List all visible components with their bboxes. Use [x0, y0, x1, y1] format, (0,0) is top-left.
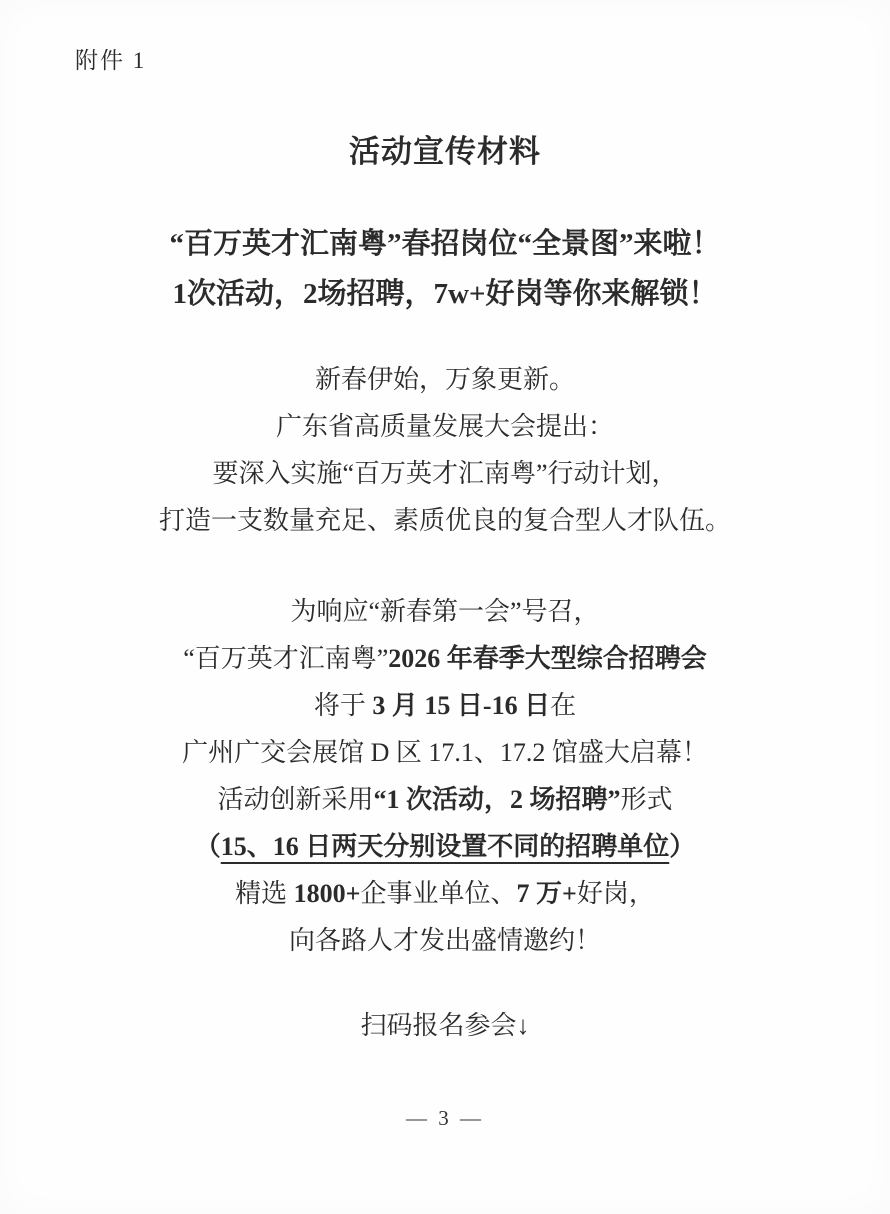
- text-line: 将于 3 月 15 日-16 日在: [0, 682, 890, 729]
- text-line: 广东省高质量发展大会提出：: [0, 403, 890, 450]
- text-line: 为响应“新春第一会”号召，: [0, 588, 890, 635]
- headline: “百万英才汇南粤”春招岗位“全景图”来啦！1次活动，2场招聘，7w+好岗等你来解…: [0, 219, 890, 319]
- page-title: 活动宣传材料: [0, 126, 890, 171]
- paragraph-event-details: 为响应“新春第一会”号召，“百万英才汇南粤”2026 年春季大型综合招聘会将于 …: [0, 588, 890, 964]
- text-line: （15、16 日两天分别设置不同的招聘单位）: [0, 823, 890, 870]
- text-line: 向各路人才发出盛情邀约！: [0, 917, 890, 964]
- page-number: — 3 —: [0, 1106, 890, 1131]
- text-line: 1次活动，2场招聘，7w+好岗等你来解锁！: [0, 269, 890, 319]
- document-page: 附件 1 活动宣传材料 “百万英才汇南粤”春招岗位“全景图”来啦！1次活动，2场…: [0, 0, 890, 1214]
- text-line: 广州广交会展馆 D 区 17.1、17.2 馆盛大启幕！: [0, 729, 890, 776]
- paragraph-intro: 新春伊始，万象更新。广东省高质量发展大会提出：要深入实施“百万英才汇南粤”行动计…: [0, 356, 890, 544]
- text-line: “百万英才汇南粤”2026 年春季大型综合招聘会: [0, 635, 890, 682]
- text-line: 活动创新采用“1 次活动，2 场招聘”形式: [0, 776, 890, 823]
- text-line: 新春伊始，万象更新。: [0, 356, 890, 403]
- attachment-label: 附件 1: [75, 42, 146, 75]
- text-line: “百万英才汇南粤”春招岗位“全景图”来啦！: [0, 219, 890, 269]
- text-line: 精选 1800+企事业单位、7 万+好岗，: [0, 870, 890, 917]
- text-line: 打造一支数量充足、素质优良的复合型人才队伍。: [0, 497, 890, 544]
- text-line: 要深入实施“百万英才汇南粤”行动计划，: [0, 450, 890, 497]
- scan-code-cta: 扫码报名参会↓: [0, 1005, 890, 1042]
